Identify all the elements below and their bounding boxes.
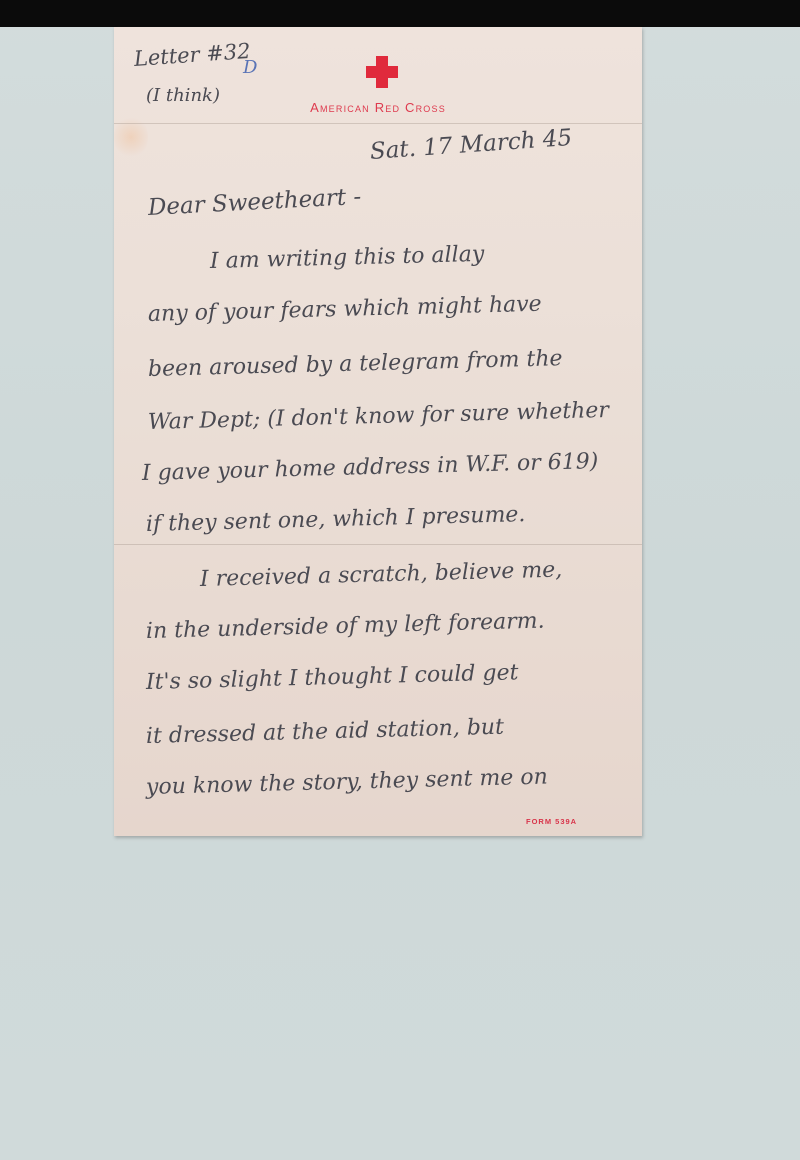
body-line: any of your fears which might have	[148, 292, 542, 327]
body-line: War Dept; (I don't know for sure whether	[148, 398, 609, 435]
body-line: it dressed at the aid station, but	[146, 715, 505, 749]
paper-stain	[114, 115, 148, 159]
body-line: I gave your home address in W.F. or 619)	[142, 449, 599, 486]
fold-crease	[114, 544, 642, 545]
body-line: if they sent one, which I presume.	[146, 502, 526, 537]
fold-crease	[114, 123, 642, 124]
letter-date: Sat. 17 March 45	[369, 125, 573, 165]
body-line: It's so slight I thought I could get	[146, 660, 519, 695]
body-line: in the underside of my left forearm.	[146, 609, 545, 644]
uncertainty-note: (I think)	[146, 85, 220, 106]
form-number: FORM 539A	[526, 817, 577, 826]
scan-top-edge	[0, 0, 800, 27]
letter-page: American Red Cross Letter #32 D (I think…	[114, 27, 642, 836]
body-line: you know the story, they sent me on	[146, 764, 548, 800]
body-line: I am writing this to allay	[210, 242, 485, 274]
salutation: Dear Sweetheart -	[147, 184, 362, 221]
body-line: been aroused by a telegram from the	[148, 346, 563, 382]
letter-number-note: Letter #32	[133, 39, 251, 71]
body-line: I received a scratch, believe me,	[200, 558, 563, 592]
red-cross-icon	[366, 56, 398, 88]
blue-ink-mark: D	[243, 57, 257, 78]
